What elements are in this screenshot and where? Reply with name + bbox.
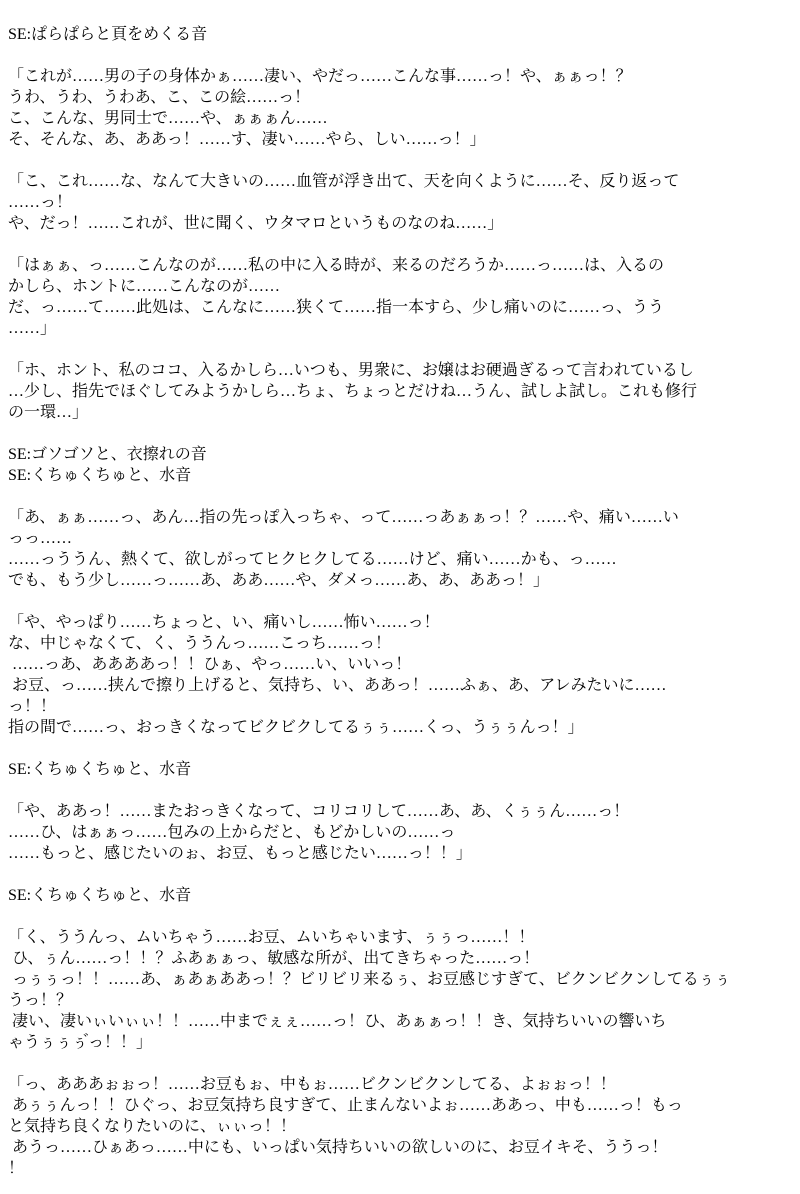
dialogue-paragraph: 「これが……男の子の身体かぁ……凄い、やだっ……こんな事……っ！や、ぁぁっ！？ … [8, 66, 796, 150]
dialogue-paragraph: 「あ、ぁぁ……っ、あん…指の先っぽ入っちゃ、って……っあぁぁっ！？……や、痛い…… [8, 507, 796, 591]
sound-effect-line: SE:ぱらぱらと頁をめくる音 [8, 24, 796, 45]
dialogue-paragraph: 「はぁぁ、っ……こんなのが……私の中に入る時が、来るのだろうか……っ……は、入る… [8, 255, 796, 339]
script-document: SE:ぱらぱらと頁をめくる音 「これが……男の子の身体かぁ……凄い、やだっ……こ… [0, 0, 800, 1194]
sound-effect-line: SE:くちゅくちゅと、水音 [8, 759, 796, 780]
dialogue-paragraph: 「く、ううんっ、ムいちゃう……お豆、ムいちゃいます、ぅぅっ……！！ ひ、ぅん……… [8, 927, 796, 1053]
dialogue-paragraph: 「こ、これ……な、なんて大きいの……血管が浮き出て、天を向くように……そ、反り返… [8, 171, 796, 234]
dialogue-paragraph: 「っ、あああぉぉっ！……お豆もぉ、中もぉ……ビクンビクンしてる、よぉぉっ！！ あ… [8, 1074, 796, 1179]
dialogue-paragraph: 「や、やっぱり……ちょっと、い、痛いし……怖い……っ！ な、中じゃなくて、く、う… [8, 612, 796, 738]
dialogue-paragraph: 「や、ああっ！……またおっきくなって、コリコリして……あ、あ、くぅぅん……っ！ … [8, 801, 796, 864]
sound-effect-line: SE:ゴソゴソと、衣擦れの音 SE:くちゅくちゅと、水音 [8, 444, 796, 486]
dialogue-paragraph: 「ホ、ホント、私のココ、入るかしら…いつも、男衆に、お嬢はお硬過ぎるって言われて… [8, 360, 796, 423]
sound-effect-line: SE:くちゅくちゅと、水音 [8, 885, 796, 906]
